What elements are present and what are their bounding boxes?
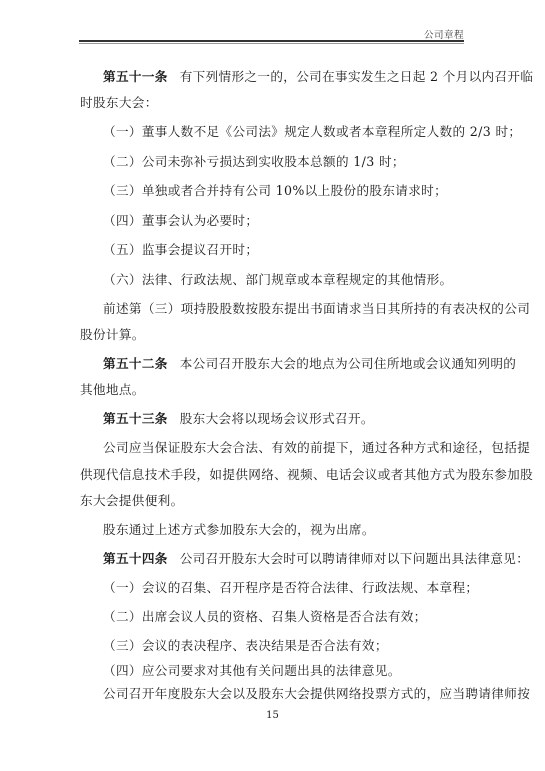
article-51-continuation: 时股东大会： [80,95,466,111]
article-51-first-line: 第五十一条有下列情形之一的，公司在事实发生之日起 2 个月以内召开临 [103,69,489,85]
article-53-para-1-line-2: 供现代信息技术手段，如提供网络、视频、电话会议或者其他方式为股东参加股 [80,467,466,483]
page-number: 15 [0,710,545,721]
article-54-item-4: （四）应公司要求对其他有关问题出具的法律意见。 [103,663,489,679]
article-54-first-line: 第五十四条公司召开股东大会时可以聘请律师对以下问题出具法律意见： [103,551,489,567]
article-53-para-1-line-3: 东大会提供便利。 [80,493,466,509]
article-51-item-4: （四）董事会认为必要时； [103,213,489,229]
article-51-item-6: （六）法律、行政法规、部门规章或本章程规定的其他情形。 [103,272,489,288]
article-52-title: 第五十二条 [103,356,168,371]
article-51-item-1: （一）董事人数不足《公司法》规定人数或者本章程所定人数的 2/3 时； [103,124,489,140]
article-51-text: 有下列情形之一的，公司在事实发生之日起 2 个月以内召开临 [180,69,534,84]
article-51-title: 第五十一条 [103,69,168,84]
article-53-para-2: 股东通过上述方式参加股东大会的，视为出席。 [103,522,489,538]
article-54-trailing-line: 公司召开年度股东大会以及股东大会提供网络投票方式的，应当聘请律师按 [103,686,489,702]
article-52-continuation: 其他地点。 [80,382,466,398]
article-51-note-line-2: 股份计算。 [80,327,466,343]
article-54-text: 公司召开股东大会时可以聘请律师对以下问题出具法律意见： [180,551,529,566]
article-51-item-3: （三）单独或者合并持有公司 10%以上股份的股东请求时； [103,183,489,199]
article-53-para-1-line-1: 公司应当保证股东大会合法、有效的前提下，通过各种方式和途径，包括提 [103,440,489,456]
header-rule-thin [79,43,464,44]
running-header-title: 公司章程 [424,27,464,41]
header-rule [79,40,464,42]
article-53-text: 股东大会将以现场会议形式召开。 [180,411,374,426]
document-page: 公司章程 第五十一条有下列情形之一的，公司在事实发生之日起 2 个月以内召开临 … [0,0,545,771]
article-54-item-3: （三）会议的表决程序、表决结果是否合法有效； [103,638,489,654]
article-51-note-line-1: 前述第（三）项持股股数按股东提出书面请求当日其所持的有表决权的公司 [103,301,489,317]
article-51-item-2: （二）公司未弥补亏损达到实收股本总额的 1/3 时； [103,154,489,170]
article-54-item-1: （一）会议的召集、召开程序是否符合法律、行政法规、本章程； [103,580,489,596]
article-52-first-line: 第五十二条本公司召开股东大会的地点为公司住所地或会议通知列明的 [103,356,489,372]
article-54-item-2: （二）出席会议人员的资格、召集人资格是否合法有效； [103,609,489,625]
article-54-title: 第五十四条 [103,551,168,566]
article-52-text: 本公司召开股东大会的地点为公司住所地或会议通知列明的 [180,356,517,371]
article-53-title: 第五十三条 [103,411,168,426]
article-53-first-line: 第五十三条股东大会将以现场会议形式召开。 [103,411,489,427]
article-51-item-5: （五）监事会提议召开时； [103,242,489,258]
